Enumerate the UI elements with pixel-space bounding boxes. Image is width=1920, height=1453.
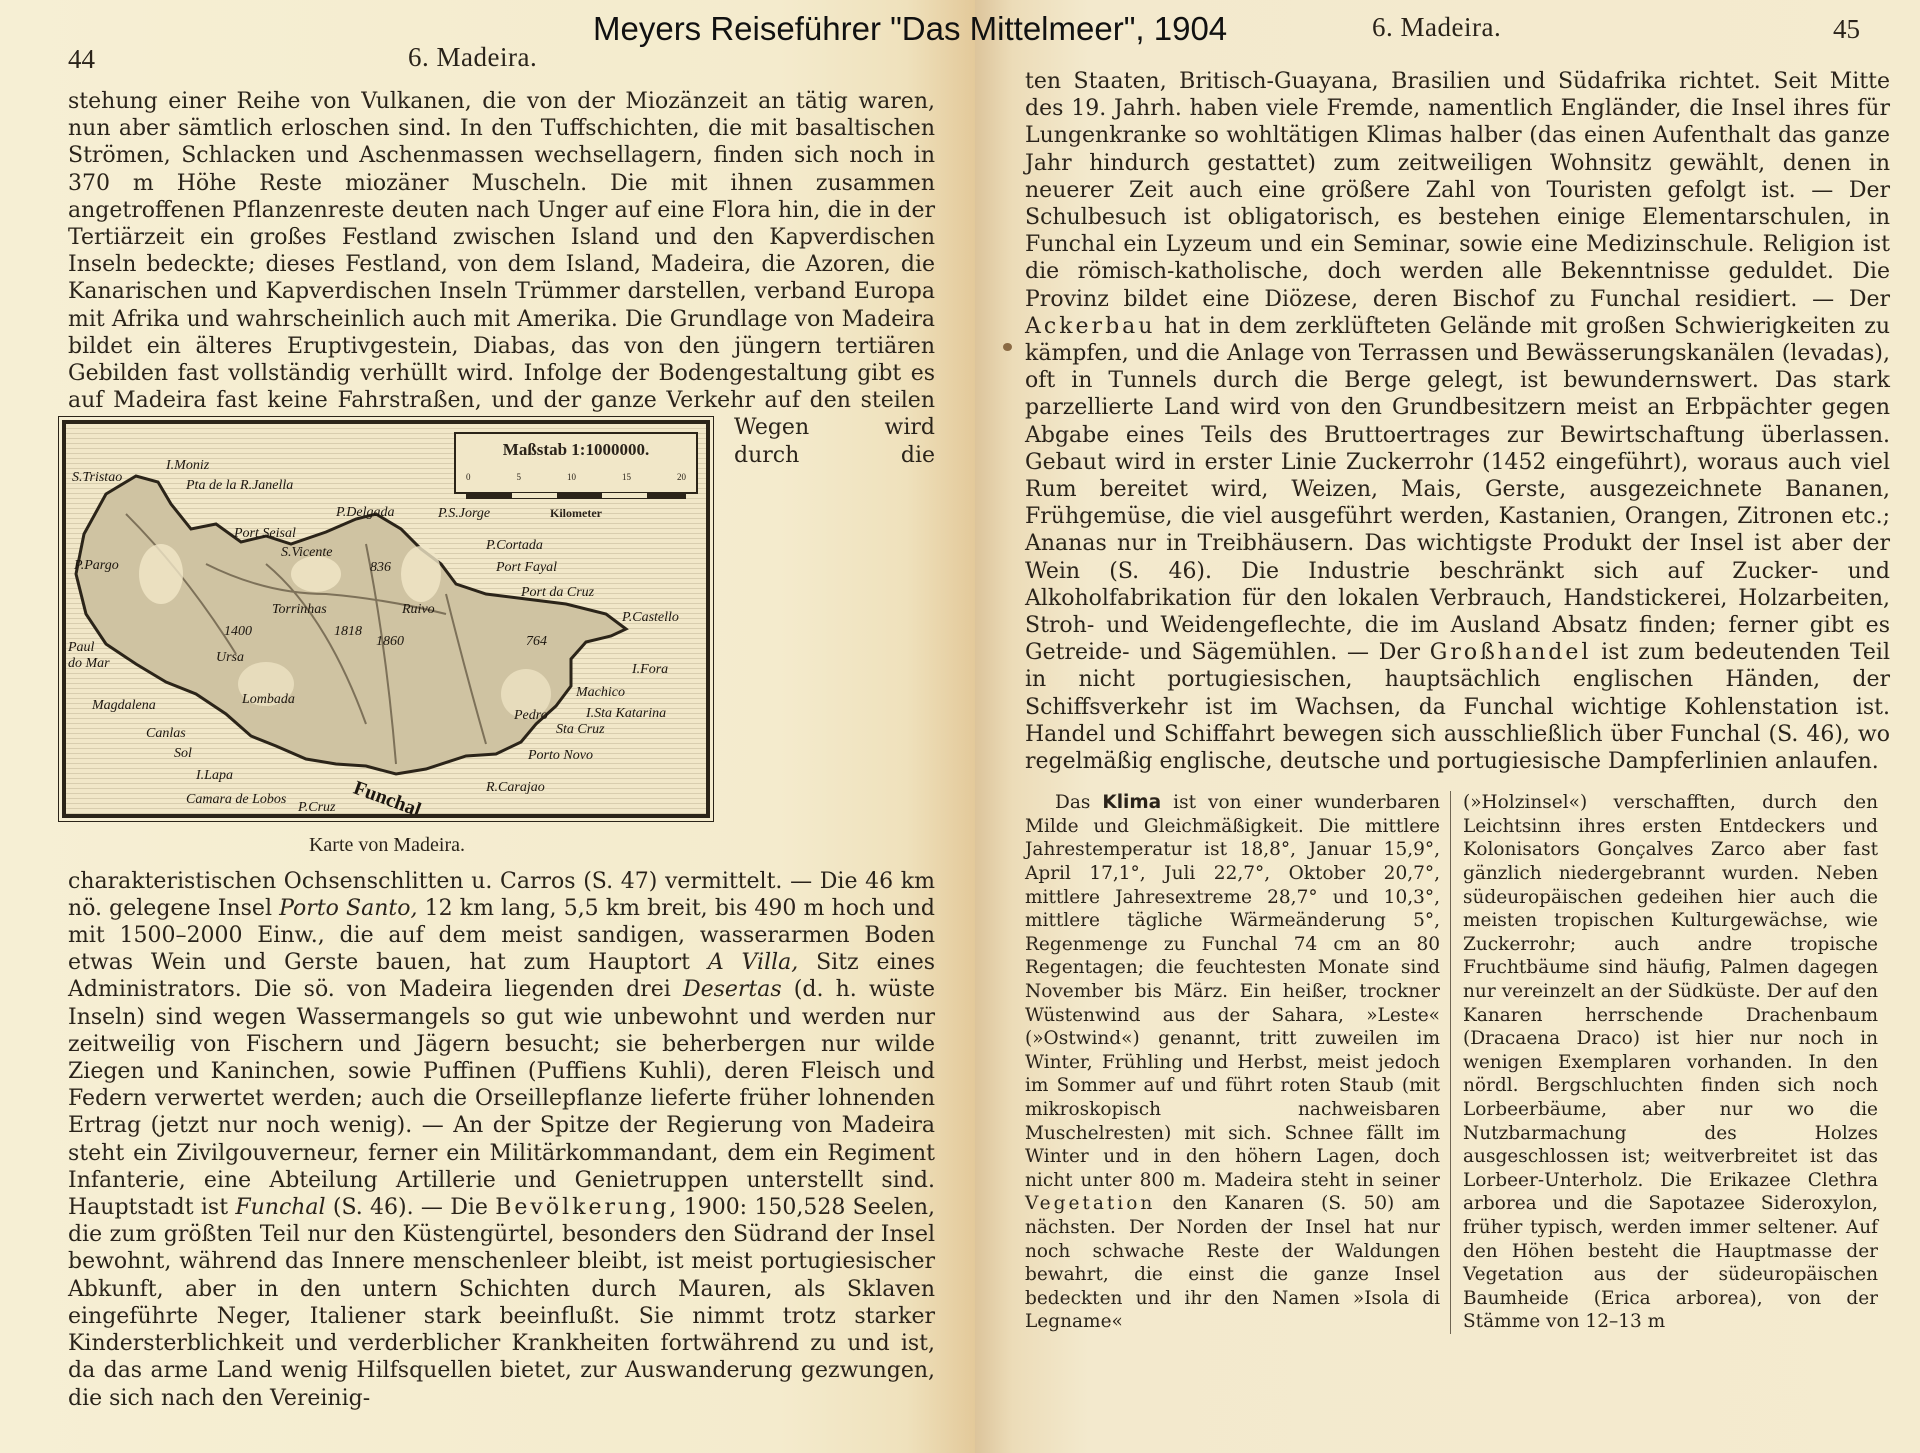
page-number-left: 44 (68, 44, 95, 75)
map-place-label: Sta Cruz (556, 716, 605, 743)
map-place-label: P.Pargo (74, 552, 119, 579)
map-place-label: 836 (370, 554, 391, 581)
vegetation-paragraph: (»Holzinsel«) verschafften, durch den Le… (1463, 791, 1878, 1334)
map-madeira: Maßstab 1:1000000. 0 5 10 15 20 Kilomete… (62, 420, 710, 818)
map-place-label: Torrinhas (272, 596, 327, 623)
klima-section: Das Klima ist von einer wunderbaren Mild… (1025, 791, 1890, 1334)
map-place-label: 1818 (334, 618, 362, 645)
left-paragraph: stehung einer Reihe von Vulkanen, die vo… (68, 88, 935, 1412)
left-page: 44 6. Madeira. stehung einer Reihe von V… (0, 0, 975, 1453)
scale-tick: 10 (567, 464, 576, 491)
map-place-label: P.Cruz (298, 794, 335, 818)
text-desertas-details: (d. h. wüste Inseln) sind wegen Wasserma… (68, 977, 935, 1220)
map-place-label: Pedro (514, 702, 548, 729)
right-paragraph: ten Staaten, Britisch-Guayana, Brasilien… (1025, 68, 1890, 775)
text-funchal: Funchal (235, 1195, 325, 1220)
keyword-ackerbau: Ackerbau (1025, 314, 1155, 339)
map-place-label: P.S.Jorge (438, 500, 490, 527)
scale-tick: 0 (466, 464, 471, 491)
map-place-label: Magdalena (92, 692, 156, 719)
klima-column-right: (»Holzinsel«) verschafften, durch den Le… (1451, 791, 1878, 1334)
book-spread: 44 6. Madeira. stehung einer Reihe von V… (0, 0, 1920, 1453)
text-reference: (S. 46). — Die (326, 1195, 496, 1220)
text-desertas: Desertas (683, 977, 782, 1002)
page-number-right: 45 (1833, 14, 1860, 45)
right-page: 6. Madeira. 45 ten Staaten, Britisch-Gua… (975, 0, 1920, 1453)
map-place-label: S.Vicente (281, 539, 332, 566)
map-place-label: Lombada (242, 686, 295, 713)
map-figure: Maßstab 1:1000000. 0 5 10 15 20 Kilomete… (62, 420, 712, 859)
map-place-label: Pta de la R.Janella (186, 472, 293, 499)
klima-paragraph: Das Klima ist von einer wunderbaren Mild… (1025, 791, 1440, 1334)
map-place-label: 1860 (376, 628, 404, 655)
scale-tick: 5 (517, 464, 522, 491)
scale-unit: Kilometer (456, 500, 696, 527)
keyword-bevoelkerung: Bevölkerung (495, 1195, 669, 1220)
section-title-left: 6. Madeira. (408, 42, 537, 73)
right-body-text: ten Staaten, Britisch-Guayana, Brasilien… (1025, 68, 1890, 775)
map-place-label: P.Delgada (336, 499, 394, 526)
map-place-label: Ursa (216, 644, 244, 671)
klima-lead: Das (1055, 792, 1102, 813)
map-place-label: Sol (174, 740, 192, 767)
map-caption: Karte von Madeira. (62, 832, 712, 859)
scale-ticks: 0 5 10 15 20 (456, 464, 696, 491)
map-place-label: Camara de Lobos (186, 786, 286, 813)
klima-text-a: ist von einer wunderbaren Milde und Glei… (1025, 792, 1440, 1191)
map-place-label: do Mar (68, 650, 110, 677)
section-title-right: 6. Madeira. (1372, 12, 1501, 43)
scale-tick: 20 (677, 464, 686, 491)
klima-column-left: Das Klima ist von einer wunderbaren Mild… (1025, 791, 1451, 1334)
text-population: , 1900: 150,528 Seelen, die zum größten … (68, 1195, 935, 1410)
text-agriculture: hat in dem zerklüfteten Gelände mit groß… (1025, 314, 1890, 665)
text-a-villa: A Villa, (708, 950, 798, 975)
map-place-label: R.Carajao (486, 774, 545, 801)
map-place-label: 1400 (224, 618, 252, 645)
map-place-label: Port da Cruz (521, 579, 594, 606)
map-place-label: Porto Novo (528, 742, 593, 769)
map-place-label: Port Fayal (496, 554, 557, 581)
paper-stain (1003, 343, 1012, 351)
map-place-label: I.Fora (632, 656, 668, 683)
overlay-title: Meyers Reiseführer "Das Mittelmeer", 190… (593, 10, 1227, 48)
text-porto-santo: Porto Santo, (279, 896, 417, 921)
map-place-label: Ruivo (402, 596, 435, 623)
keyword-klima: Klima (1102, 792, 1161, 813)
scale-tick: 15 (622, 464, 631, 491)
keyword-vegetation: Vegetation (1025, 1193, 1155, 1214)
text-geology: stehung einer Reihe von Vulkanen, die vo… (68, 89, 935, 413)
text-society: ten Staaten, Britisch-Guayana, Brasilien… (1025, 69, 1890, 312)
map-scale: Maßstab 1:1000000. 0 5 10 15 20 Kilomete… (454, 432, 698, 494)
scale-title: Maßstab 1:1000000. (456, 436, 696, 463)
scale-bar (466, 492, 686, 499)
map-place-label: S.Tristao (72, 464, 122, 491)
map-place-label: 764 (526, 628, 547, 655)
left-body-text: stehung einer Reihe von Vulkanen, die vo… (68, 88, 935, 1412)
map-place-label: P.Castello (622, 604, 679, 631)
keyword-grosshandel: Großhandel (1430, 640, 1592, 665)
